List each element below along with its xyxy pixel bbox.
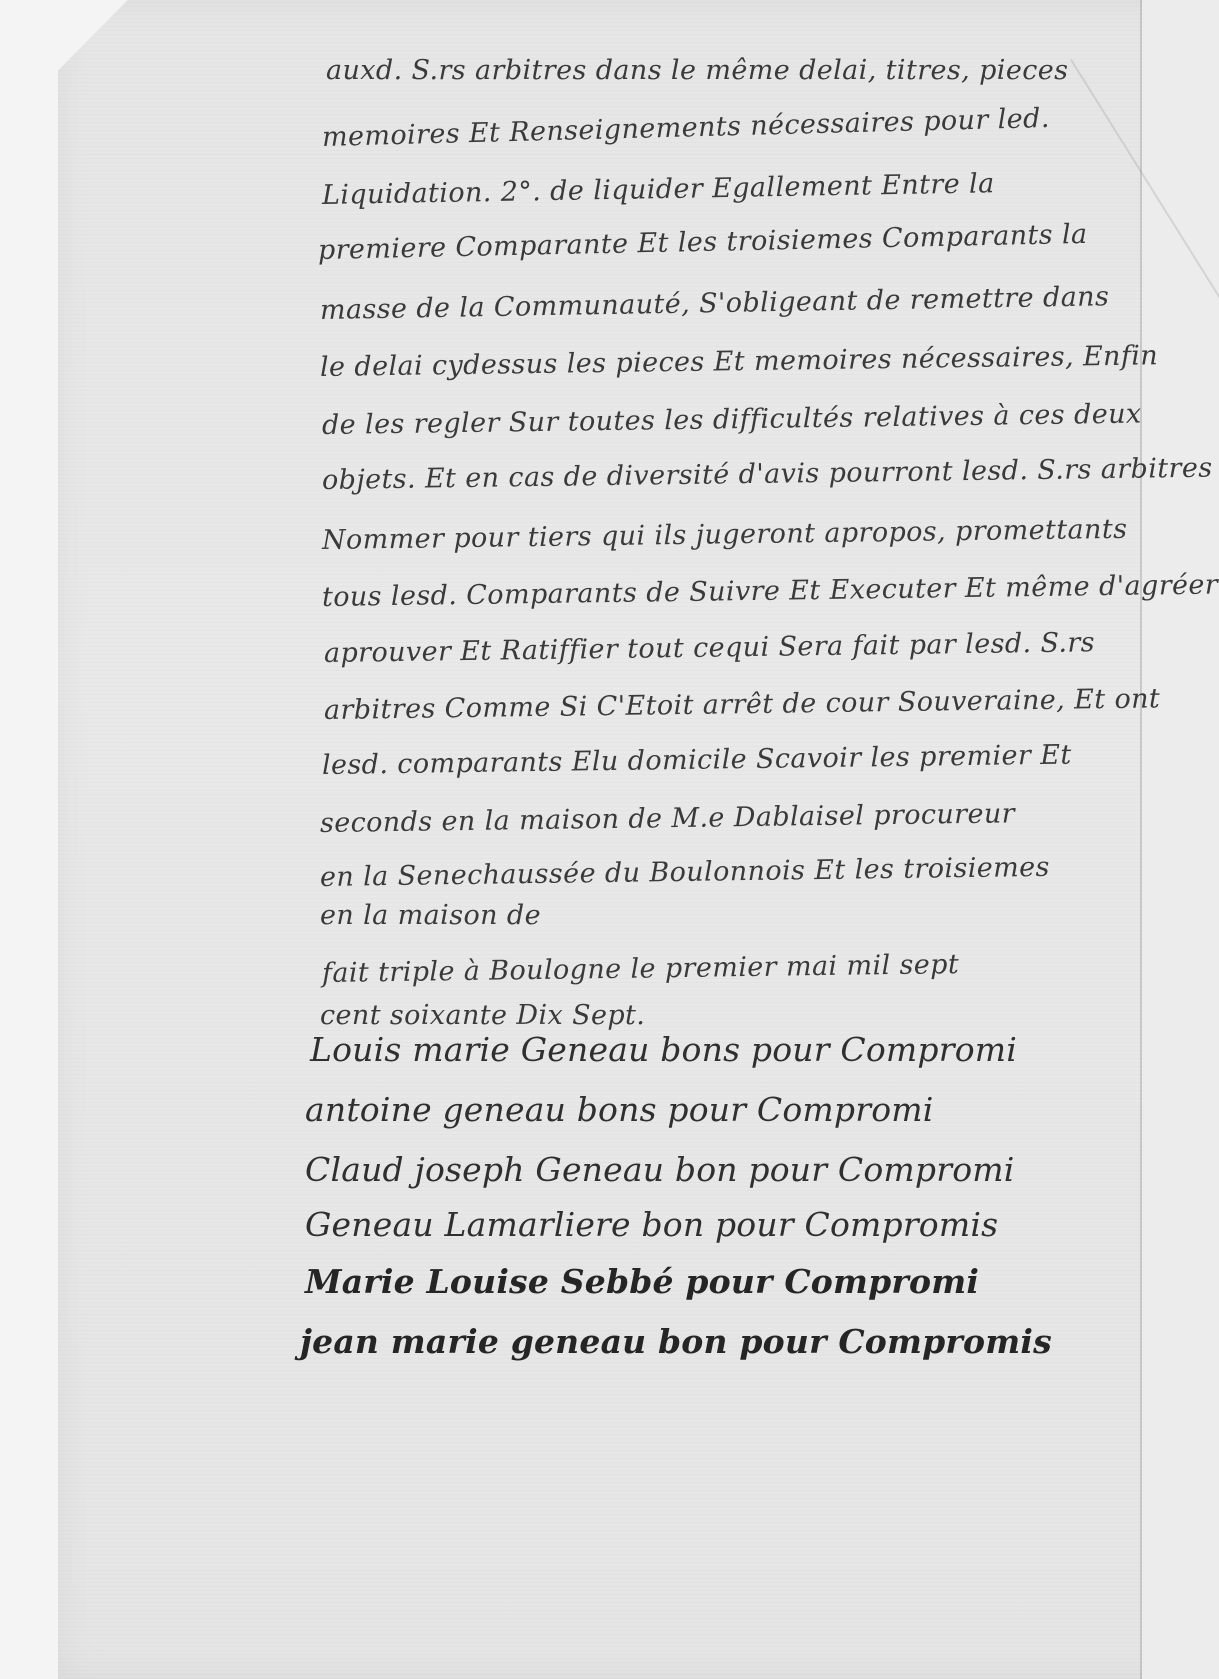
body-line: en la Senechaussée du Boulonnois Et les … (320, 852, 1050, 893)
body-line: premiere Comparante Et les troisiemes Co… (318, 219, 1088, 266)
body-line: aprouver Et Ratiffier tout cequi Sera fa… (324, 627, 1095, 669)
body-line: en la maison de (320, 900, 541, 931)
body-line: objets. Et en cas de diversité d'avis po… (322, 453, 1213, 496)
signature-jean-marie-geneau: jean marie geneau bon pour Compromis (300, 1322, 1052, 1361)
body-line: memoires Et Renseignements nécessaires p… (322, 103, 1051, 153)
body-line: lesd. comparants Elu domicile Scavoir le… (322, 740, 1072, 781)
body-line: Nommer pour tiers qui ils jugeront aprop… (322, 514, 1128, 556)
signature-antoine-geneau: antoine geneau bons pour Compromi (305, 1090, 934, 1129)
body-line: tous lesd. Comparants de Suivre Et Execu… (322, 569, 1219, 613)
body-line: Liquidation. 2°. de liquider Egallement … (322, 168, 995, 211)
body-line: fait triple à Boulogne le premier mai mi… (322, 949, 960, 989)
signature-marie-louise-sebbe: Marie Louise Sebbé pour Compromi (305, 1262, 979, 1301)
body-line: le delai cydessus les pieces Et memoires… (320, 340, 1159, 383)
signature-louis-marie-geneau: Louis marie Geneau bons pour Compromi (310, 1030, 1017, 1069)
body-line: cent soixante Dix Sept. (320, 1000, 645, 1031)
signature-geneau-lamarliere: Geneau Lamarliere bon pour Compromis (305, 1205, 998, 1244)
body-line: de les regler Sur toutes les difficultés… (322, 399, 1142, 441)
body-line: masse de la Communauté, S'obligeant de r… (320, 281, 1110, 326)
body-line: auxd. S.rs arbitres dans le même delai, … (326, 55, 1068, 86)
signature-claud-joseph-geneau: Claud joseph Geneau bon pour Compromi (305, 1150, 1015, 1189)
body-line: seconds en la maison de M.e Dablaisel pr… (320, 798, 1015, 839)
manuscript-text: auxd. S.rs arbitres dans le même delai, … (0, 0, 1219, 1679)
body-line: arbitres Comme Si C'Etoit arrêt de cour … (324, 683, 1161, 726)
